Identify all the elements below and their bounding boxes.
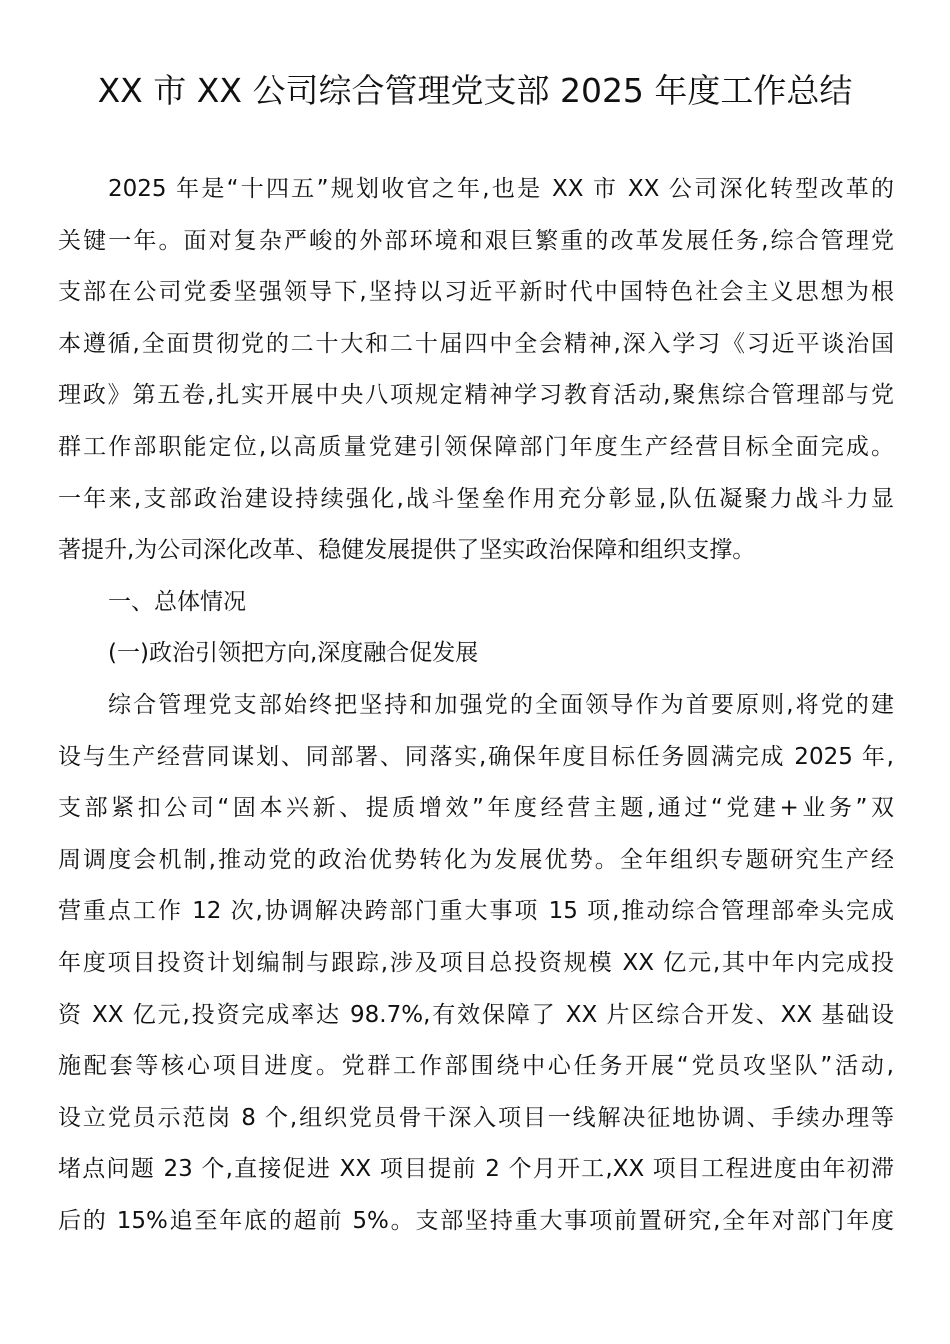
intro-paragraph: 2025 年是“十四五”规划收官之年,也是 XX 市 XX 公司深化转型改革的 … xyxy=(58,164,894,577)
text-line: 资 XX 亿元,投资完成率达 98.7%,有效保障了 XX 片区综合开发、XX … xyxy=(58,990,894,1042)
text-line: 一年来,支部政治建设持续强化,战斗堡垒作用充分彰显,队伍凝聚力战斗力显 xyxy=(58,474,894,526)
text-line: 本遵循,全面贯彻党的二十大和二十届四中全会精神,深入学习《习近平谈治国 xyxy=(58,319,894,371)
text-line: 年度项目投资计划编制与跟踪,涉及项目总投资规模 XX 亿元,其中年内完成投 xyxy=(58,938,894,990)
document-page: XX 市 XX 公司综合管理党支部 2025 年度工作总结 2025 年是“十四… xyxy=(0,0,950,1344)
text-line: 设立党员示范岗 8 个,组织党员骨干深入项目一线解决征地协调、手续办理等 xyxy=(58,1093,894,1145)
text-line: 周调度会机制,推动党的政治优势转化为发展优势。全年组织专题研究生产经 xyxy=(58,835,894,887)
text-line: 著提升,为公司深化改革、稳健发展提供了坚实政治保障和组织支撑。 xyxy=(58,525,894,577)
text-line: 营重点工作 12 次,协调解决跨部门重大事项 15 项,推动综合管理部牵头完成 xyxy=(58,886,894,938)
text-line: 支部紧扣公司“固本兴新、提质增效”年度经营主题,通过“党建+业务”双 xyxy=(58,783,894,835)
text-line: 施配套等核心项目进度。党群工作部围绕中心任务开展“党员攻坚队”活动, xyxy=(58,1041,894,1093)
text-line: 堵点问题 23 个,直接促进 XX 项目提前 2 个月开工,XX 项目工程进度由… xyxy=(58,1144,894,1196)
text-line: 群工作部职能定位,以高质量党建引领保障部门年度生产经营目标全面完成。 xyxy=(58,422,894,474)
text-line: 2025 年是“十四五”规划收官之年,也是 XX 市 XX 公司深化转型改革的 xyxy=(58,164,894,216)
text-line: 综合管理党支部始终把坚持和加强党的全面领导作为首要原则,将党的建 xyxy=(58,680,894,732)
text-line: 支部在公司党委坚强领导下,坚持以习近平新时代中国特色社会主义思想为根 xyxy=(58,267,894,319)
text-line: 后的 15%追至年底的超前 5%。支部坚持重大事项前置研究,全年对部门年度 xyxy=(58,1196,894,1248)
text-line: 关键一年。面对复杂严峻的外部环境和艰巨繁重的改革发展任务,综合管理党 xyxy=(58,216,894,268)
text-line: 设与生产经营同谋划、同部署、同落实,确保年度目标任务圆满完成 2025 年, xyxy=(58,732,894,784)
document-title: XX 市 XX 公司综合管理党支部 2025 年度工作总结 xyxy=(0,66,950,116)
document-body: 2025 年是“十四五”规划收官之年,也是 XX 市 XX 公司深化转型改革的 … xyxy=(58,164,894,1247)
text-line: 理政》第五卷,扎实开展中央八项规定精神学习教育活动,聚焦综合管理部与党 xyxy=(58,370,894,422)
subsection-heading: (一)政治引领把方向,深度融合促发展 xyxy=(58,628,894,680)
body-paragraph: 综合管理党支部始终把坚持和加强党的全面领导作为首要原则,将党的建 设与生产经营同… xyxy=(58,680,894,1248)
section-heading: 一、总体情况 xyxy=(58,577,894,629)
